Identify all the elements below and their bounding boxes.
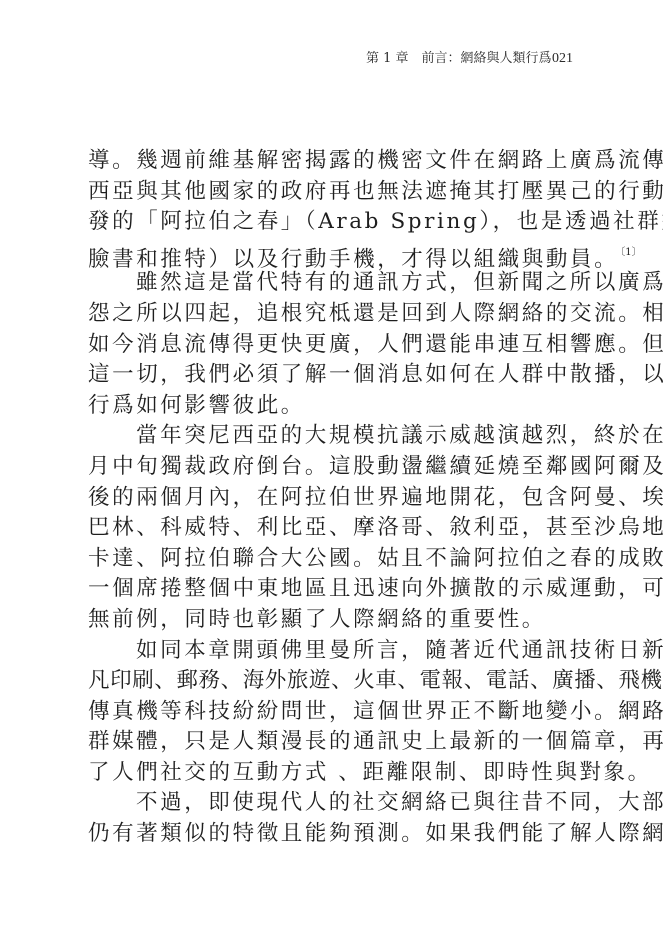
text-line: 群媒體，只是人類漫長的通訊史上最新的一個篇章，再一次改變 (88, 727, 574, 758)
text-line: 這一切，我們必須了解一個消息如何在人群中散播，以及我們的 (88, 360, 574, 391)
text-line: 後的兩個月內，在阿拉伯世界遍地開花，包含阿曼、埃及、葉門、 (88, 483, 574, 514)
paragraph-2: 雖然這是當代特有的通訊方式，但新聞之所以廣爲流傳、民 怨之所以四起，追根究柢還是… (88, 268, 574, 421)
text-line: 行爲如何影響彼此。 (88, 391, 574, 422)
text-line: 雖然這是當代特有的通訊方式，但新聞之所以廣爲流傳、民 (88, 268, 574, 299)
text-line: 傳真機等科技紛紛問世，這個世界正不斷地變小。網路科技與社 (88, 697, 574, 728)
text-line: 怨之所以四起，追根究柢還是回到人際網絡的交流。相較於過去， (88, 299, 574, 330)
chapter-title: 第 1 章 前言：網絡與人類行爲 (366, 50, 552, 68)
paragraph-3: 當年突尼西亞的大規模抗議示威越演越烈，終於在 2010 年 1 月中旬獨裁政府倒… (88, 421, 574, 635)
text-line: 如今消息流傳得更快更廣，人們還能串連互相響應。但想弄清楚 (88, 330, 574, 361)
text-line: 不過，即使現代人的社交網絡已與往昔不同，大部分的網絡 (88, 788, 574, 819)
text-line: 巴林、科威特、利比亞、摩洛哥、敘利亞，甚至沙烏地阿拉伯、 (88, 513, 574, 544)
text-line: 一個席捲整個中東地區且迅速向外擴散的示威運動，可以說是史 (88, 574, 574, 605)
running-head: 第 1 章 前言：網絡與人類行爲 021 (366, 50, 573, 68)
text-line: 當年突尼西亞的大規模抗議示威越演越烈，終於在 2010 年 1 (88, 421, 574, 452)
paragraph-1: 導。幾週前維基解密揭露的機密文件在網路上廣爲流傳，讓突尼 西亞與其他國家的政府再… (88, 146, 574, 268)
body-text: 導。幾週前維基解密揭露的機密文件在網路上廣爲流傳，讓突尼 西亞與其他國家的政府再… (88, 146, 574, 850)
text-line: 西亞與其他國家的政府再也無法遮掩其打壓異己的行動。隨後爆 (88, 177, 574, 208)
text-line: 月中旬獨裁政府倒台。這股動盪繼續延燒至鄰國阿爾及利亞，隨 (88, 452, 574, 483)
text-line: 無前例，同時也彰顯了人際網絡的重要性。 (88, 605, 574, 636)
text-line: 導。幾週前維基解密揭露的機密文件在網路上廣爲流傳，讓突尼 (88, 146, 574, 177)
footnote-reference: 〔1〕 (620, 247, 641, 258)
text-line: 臉書和推特）以及行動手機，才得以組織與動員。〔1〕 (88, 238, 574, 269)
paragraph-4: 如同本章開頭佛里曼所言，隨著近代通訊技術日新月異，舉 凡印刷、郵務、海外旅遊、火… (88, 636, 574, 789)
text-line: 卡達、阿拉伯聯合大公國。姑且不論阿拉伯之春的成敗，但這樣 (88, 544, 574, 575)
text-line: 仍有著類似的特徵且能夠預測。如果我們能了解人際網絡如何運 (88, 819, 574, 850)
text-line: 了人們社交的互動方式 、距離限制、即時性與對象。 (88, 758, 574, 789)
text-line: 如同本章開頭佛里曼所言，隨著近代通訊技術日新月異，舉 (88, 636, 574, 667)
paragraph-5: 不過，即使現代人的社交網絡已與往昔不同，大部分的網絡 仍有著類似的特徵且能夠預測… (88, 788, 574, 849)
text-line: 凡印刷、郵務、海外旅遊、火車、電報、電話、廣播、飛機、電視、 (88, 666, 574, 697)
text-line: 發的「阿拉伯之春」（Arab Spring），也是透過社群媒體（例如 (88, 207, 574, 238)
page-number: 021 (552, 50, 573, 68)
